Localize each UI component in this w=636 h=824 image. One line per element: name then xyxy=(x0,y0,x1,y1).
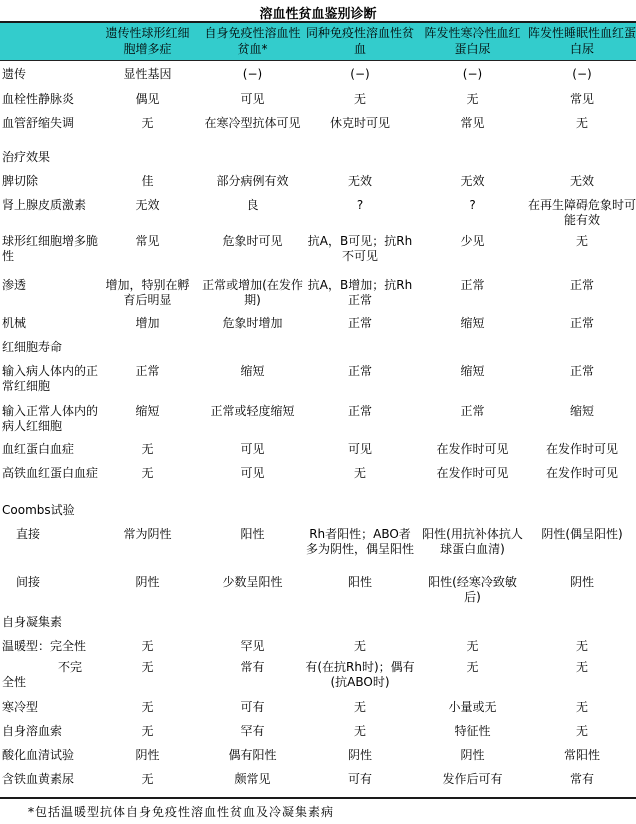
row-label: 机械 xyxy=(2,316,100,331)
table-cell: 可见 xyxy=(305,442,415,457)
table-cell: 增加 xyxy=(100,316,195,331)
table-cell: (−) xyxy=(528,67,636,82)
table-cell: 有(在抗Rh时)；偶有(抗ABO时) xyxy=(305,660,415,690)
table-cell: 显性基因 xyxy=(100,67,195,82)
table-cell: 常为阴性 xyxy=(100,527,195,542)
table-cell: 偶见 xyxy=(100,92,195,107)
bottom-rule xyxy=(0,797,636,799)
table-cell: 无 xyxy=(305,724,415,739)
row-label: 输入病人体内的正常红细胞 xyxy=(2,364,100,394)
table-title: 溶血性贫血鉴别诊断 xyxy=(0,3,636,22)
row-label: 酸化血清试验 xyxy=(2,748,100,763)
table-cell: 正常或轻度缩短 xyxy=(200,404,305,419)
header-pnh: 阵发性睡眠性血红蛋白尿 xyxy=(528,25,636,57)
table-cell: 正常 xyxy=(420,278,525,293)
table-cell: 阳性(经寒冷致敏后) xyxy=(420,575,525,605)
table-cell: 缩短 xyxy=(420,364,525,379)
table-cell: 在寒冷型抗体可见 xyxy=(200,116,305,131)
table-cell: 佳 xyxy=(100,174,195,189)
table-cell: 偶有阳性 xyxy=(200,748,305,763)
table-cell: 无 xyxy=(528,724,636,739)
header-autoimmune-hemolytic-anemia: 自身免疫性溶血性贫血* xyxy=(200,25,305,57)
table-cell: 颇常见 xyxy=(200,772,305,787)
row-label: 肾上腺皮质激素 xyxy=(2,198,100,213)
table-cell: 无 xyxy=(528,639,636,654)
table-cell: 无 xyxy=(305,700,415,715)
table-cell: 无 xyxy=(305,92,415,107)
table-cell: 常阳性 xyxy=(528,748,636,763)
row-label: 直接 xyxy=(2,527,114,542)
table-cell: 良 xyxy=(200,198,305,213)
table-cell: 阴性 xyxy=(528,575,636,590)
table-cell: 部分病例有效 xyxy=(200,174,305,189)
table-cell: 常有 xyxy=(200,660,305,675)
table-cell: 正常 xyxy=(528,364,636,379)
table-cell: 无 xyxy=(100,639,195,654)
table-cell: ? xyxy=(420,198,525,213)
table-cell: 无效 xyxy=(305,174,415,189)
table-cell: 无效 xyxy=(420,174,525,189)
table-cell: 无 xyxy=(305,466,415,481)
table-cell: (−) xyxy=(305,67,415,82)
table-cell: 正常 xyxy=(305,364,415,379)
table-cell: 正常 xyxy=(305,404,415,419)
table-cell: 特征性 xyxy=(420,724,525,739)
table-cell: 正常 xyxy=(305,316,415,331)
table-cell: 少数呈阳性 xyxy=(200,575,305,590)
row-label: 含铁血黄素尿 xyxy=(2,772,100,787)
table-cell: 无 xyxy=(420,92,525,107)
table-cell: 阴性 xyxy=(420,748,525,763)
table-cell: 无 xyxy=(528,234,636,249)
table-cell: 缩短 xyxy=(200,364,305,379)
table-cell: 常有 xyxy=(528,772,636,787)
table-cell: 正常或增加(在发作期) xyxy=(200,278,305,308)
row-label: 不完全性 xyxy=(2,660,82,690)
table-cell: 阳性 xyxy=(200,527,305,542)
table-cell: 危象时可见 xyxy=(200,234,305,249)
table-cell: 无 xyxy=(100,466,195,481)
table-cell: 无 xyxy=(100,116,195,131)
table-cell: 抗A，B增加；抗Rh正常 xyxy=(305,278,415,308)
table-cell: 常见 xyxy=(100,234,195,249)
table-cell: 缩短 xyxy=(420,316,525,331)
row-label: 遗传 xyxy=(2,67,100,82)
table-cell: 阴性 xyxy=(305,748,415,763)
table-cell: 无 xyxy=(420,639,525,654)
row-label: 渗透 xyxy=(2,278,100,293)
table-cell: 增加，特别在孵育后明显 xyxy=(100,278,195,308)
table-cell: 常见 xyxy=(528,92,636,107)
row-label: 血栓性静脉炎 xyxy=(2,92,100,107)
table-cell: 可有 xyxy=(305,772,415,787)
table-cell: 正常 xyxy=(528,316,636,331)
table-cell: 缩短 xyxy=(100,404,195,419)
row-label: 输入正常人体内的病人红细胞 xyxy=(2,404,100,434)
table-cell: 正常 xyxy=(100,364,195,379)
table-cell: 无 xyxy=(528,700,636,715)
table-cell: 阳性(用抗补体抗人球蛋白血清) xyxy=(420,527,525,557)
table-cell: 无 xyxy=(100,700,195,715)
table-cell: 阳性 xyxy=(305,575,415,590)
table-cell: 在发作时可见 xyxy=(528,466,636,481)
table-cell: 小量或无 xyxy=(420,700,525,715)
table-cell: (−) xyxy=(200,67,305,82)
table-cell: 无效 xyxy=(528,174,636,189)
row-label: 自身溶血索 xyxy=(2,724,100,739)
row-label: 寒冷型 xyxy=(2,700,100,715)
row-label: 球形红细胞增多脆性 xyxy=(2,234,100,264)
table-cell: 在发作时可见 xyxy=(420,466,525,481)
row-label: 红细胞寿命 xyxy=(2,340,100,355)
header-pch: 阵发性寒冷性血红蛋白尿 xyxy=(420,25,525,57)
table-cell: 无 xyxy=(100,724,195,739)
row-label: 高铁血红蛋白血症 xyxy=(2,466,100,481)
row-label: 脾切除 xyxy=(2,174,100,189)
table-cell: 无 xyxy=(100,442,195,457)
table-cell: 少见 xyxy=(420,234,525,249)
table-cell: 无 xyxy=(305,639,415,654)
table-cell: 罕见 xyxy=(200,639,305,654)
table-cell: 阴性(偶呈阳性) xyxy=(528,527,636,542)
table-cell: 可见 xyxy=(200,442,305,457)
table-cell: 可见 xyxy=(200,466,305,481)
table-cell: 在再生障碍危象时可能有效 xyxy=(528,198,636,228)
table-cell: 无效 xyxy=(100,198,195,213)
table-cell: 无 xyxy=(528,660,636,675)
table-cell: 可见 xyxy=(200,92,305,107)
row-label: 间接 xyxy=(2,575,114,590)
table-cell: 常见 xyxy=(420,116,525,131)
table-cell: 在发作时可见 xyxy=(528,442,636,457)
table-cell: 可有 xyxy=(200,700,305,715)
row-label: 治疗效果 xyxy=(2,150,100,165)
table-cell: 缩短 xyxy=(528,404,636,419)
table-cell: 正常 xyxy=(528,278,636,293)
table-cell: 正常 xyxy=(420,404,525,419)
header-hereditary-spherocytosis: 遗传性球形红细胞增多症 xyxy=(100,25,195,57)
table-cell: 无 xyxy=(528,116,636,131)
table-cell: 阴性 xyxy=(100,575,195,590)
row-label: 血管舒缩失调 xyxy=(2,116,100,131)
table-cell: 无 xyxy=(420,660,525,675)
table-cell: 无 xyxy=(100,660,195,675)
row-label: 血红蛋白血症 xyxy=(2,442,100,457)
table-cell: 抗A，B可见；抗Rh不可见 xyxy=(305,234,415,264)
table-cell: 无 xyxy=(100,772,195,787)
table-cell: ? xyxy=(305,198,415,213)
row-label: 温暖型：完全性 xyxy=(2,639,100,654)
table-cell: 阴性 xyxy=(100,748,195,763)
header-rule xyxy=(0,60,636,61)
table-cell: 休克时可见 xyxy=(305,116,415,131)
footnote: *包括温暖型抗体自身免疫性溶血性贫血及冷凝集素病 xyxy=(28,803,334,820)
table-cell: (−) xyxy=(420,67,525,82)
row-label: 自身凝集素 xyxy=(2,615,100,630)
table-cell: 发作后可有 xyxy=(420,772,525,787)
row-label: Coombs试验 xyxy=(2,503,100,518)
table-cell: Rh者阳性；ABO者多为阴性，偶呈阳性 xyxy=(305,527,415,557)
table-cell: 危象时增加 xyxy=(200,316,305,331)
table-cell: 在发作时可见 xyxy=(420,442,525,457)
header-alloimmune-hemolytic-anemia: 同种免疫性溶血性贫血 xyxy=(305,25,415,57)
table-cell: 罕有 xyxy=(200,724,305,739)
